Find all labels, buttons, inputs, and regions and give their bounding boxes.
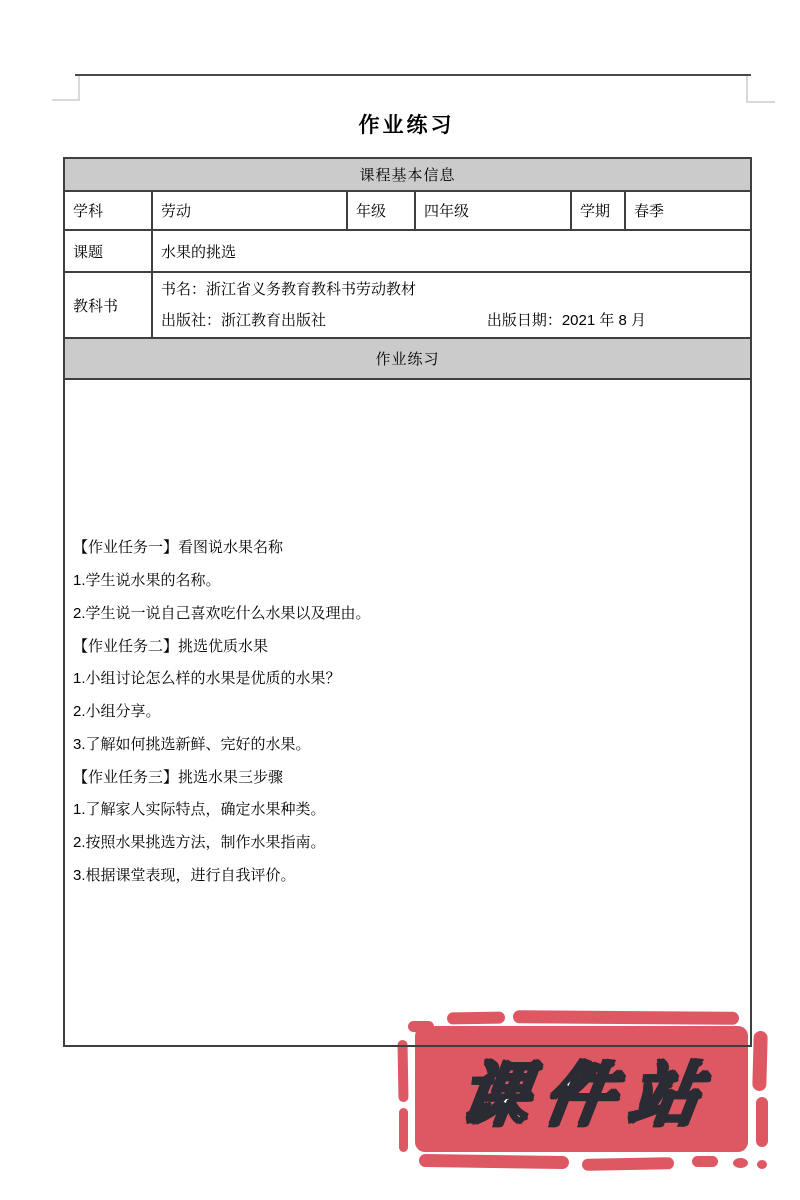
- header-rule-line: [75, 74, 751, 76]
- task-heading-2: 【作业任务二】挑选优质水果: [73, 631, 746, 664]
- stamp-border-stroke: [757, 1160, 767, 1169]
- topic-label: 课题: [64, 230, 152, 272]
- task-item: 3.根据课堂表现，进行自我评价。: [73, 860, 746, 893]
- topic-value: 水果的挑选: [152, 230, 751, 272]
- stamp-border-stroke: [756, 1097, 768, 1147]
- row-textbook: 教科书 书名：浙江省义务教育教科书劳动教材 出版社：浙江教育出版社 出版日期：2…: [64, 272, 751, 338]
- subject-label: 学科: [64, 191, 152, 230]
- subject-value: 劳动: [152, 191, 347, 230]
- row-homework-content: 【作业任务一】看图说水果名称 1.学生说水果的名称。 2.学生说一说自己喜欢吃什…: [64, 379, 751, 1046]
- stamp-border-stroke: [582, 1157, 674, 1171]
- grade-value: 四年级: [415, 191, 571, 230]
- task-item: 1.小组讨论怎么样的水果是优质的水果？: [73, 663, 746, 696]
- margin-crop-mark-top-left: [52, 76, 80, 101]
- stamp-border-stroke: [733, 1158, 748, 1168]
- task-item: 2.小组分享。: [73, 696, 746, 729]
- book-name: 书名：浙江省义务教育教科书劳动教材: [161, 274, 746, 305]
- margin-crop-mark-top-right: [746, 76, 775, 103]
- row-topic: 课题 水果的挑选: [64, 230, 751, 272]
- term-value: 春季: [625, 191, 751, 230]
- task-heading-3: 【作业任务三】挑选水果三步骤: [73, 762, 746, 795]
- textbook-label: 教科书: [64, 272, 152, 338]
- textbook-details: 书名：浙江省义务教育教科书劳动教材 出版社：浙江教育出版社 出版日期：2021 …: [152, 272, 751, 338]
- stamp-text: 课件站: [440, 1040, 723, 1139]
- publisher-line: 出版社：浙江教育出版社 出版日期：2021 年 8 月: [161, 305, 746, 336]
- document-page: 作业练习 课程基本信息 学科 劳动 年级 四年级 学期 春季 课题 水果的挑选: [0, 0, 800, 1200]
- term-label: 学期: [571, 191, 625, 230]
- row-subject-grade-term: 学科 劳动 年级 四年级 学期 春季: [64, 191, 751, 230]
- stamp-border-stroke: [399, 1108, 408, 1152]
- task-item: 2.学生说一说自己喜欢吃什么水果以及理由。: [73, 598, 746, 631]
- stamp-border-stroke: [397, 1040, 408, 1102]
- section-row-course-info: 课程基本信息: [64, 158, 751, 191]
- task-item: 1.了解家人实际特点，确定水果种类。: [73, 794, 746, 827]
- homework-info-table: 课程基本信息 学科 劳动 年级 四年级 学期 春季 课题 水果的挑选 教科书 书…: [63, 157, 752, 1047]
- task-item: 3.了解如何挑选新鲜、完好的水果。: [73, 729, 746, 762]
- publisher: 出版社：浙江教育出版社: [161, 305, 326, 336]
- stamp-border-stroke: [752, 1031, 768, 1091]
- task-heading-1: 【作业任务一】看图说水果名称: [73, 532, 746, 565]
- grade-label: 年级: [347, 191, 415, 230]
- stamp-border-stroke: [419, 1154, 569, 1169]
- homework-section-title: 作业练习: [64, 338, 751, 379]
- page-title: 作业练习: [63, 109, 750, 139]
- section-row-homework: 作业练习: [64, 338, 751, 379]
- task-item: 2.按照水果挑选方法，制作水果指南。: [73, 827, 746, 860]
- publish-date: 出版日期：2021 年 8 月: [487, 305, 646, 336]
- homework-content: 【作业任务一】看图说水果名称 1.学生说水果的名称。 2.学生说一说自己喜欢吃什…: [64, 379, 751, 1046]
- task-item: 1.学生说水果的名称。: [73, 565, 746, 598]
- course-info-section-title: 课程基本信息: [64, 158, 751, 191]
- stamp-border-stroke: [692, 1156, 718, 1167]
